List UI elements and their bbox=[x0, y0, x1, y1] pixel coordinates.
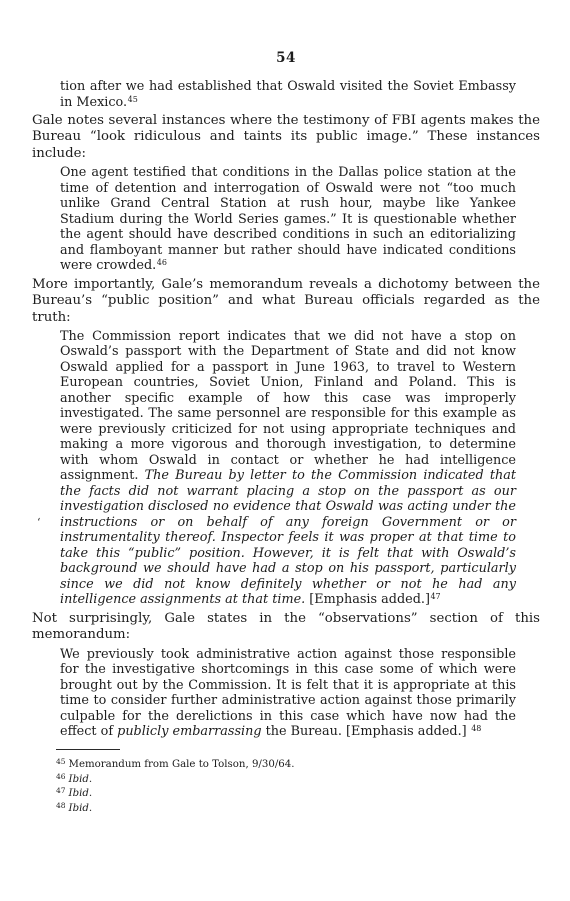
text-segment: the Bureau. [Emphasis added.] bbox=[262, 724, 471, 739]
print-artifact-mark: ‘ bbox=[37, 516, 41, 529]
paragraph: Gale notes several instances where the t… bbox=[32, 113, 540, 162]
text-segment: One agent testified that conditions in t… bbox=[60, 165, 516, 273]
block-quote-continuation: tion after we had established that Oswal… bbox=[60, 79, 516, 110]
paragraph: Not surprisingly, Gale states in the “ob… bbox=[32, 611, 540, 644]
footnote-text: Ibid. bbox=[69, 803, 93, 814]
footnote-reference: 45 bbox=[128, 95, 138, 104]
page-number: 54 bbox=[32, 50, 540, 66]
footnote-text: Memorandum from Gale to Tolson, 9/30/64. bbox=[69, 759, 295, 770]
text-segment: Gale notes several instances where the t… bbox=[32, 113, 540, 161]
footnote-number: 47 bbox=[56, 786, 66, 795]
footnote: 45Memorandum from Gale to Tolson, 9/30/6… bbox=[32, 756, 540, 771]
footnote-number: 46 bbox=[56, 772, 66, 781]
text-segment: The Bureau by letter to the Commission i… bbox=[60, 468, 516, 607]
block-quote: The Commission report indicates that we … bbox=[60, 329, 516, 608]
footnote-text: Ibid. bbox=[69, 788, 93, 799]
text-segment: Not surprisingly, Gale states in the “ob… bbox=[32, 611, 540, 642]
footnote-reference: 48 bbox=[471, 724, 481, 733]
footnote-text: Ibid. bbox=[69, 774, 93, 785]
footnote-reference: 46 bbox=[157, 258, 167, 267]
footnote: 47Ibid. bbox=[32, 785, 540, 800]
block-quote: One agent testified that conditions in t… bbox=[60, 165, 516, 274]
footnote: 46Ibid. bbox=[32, 771, 540, 786]
footnote-reference: 47 bbox=[430, 592, 440, 601]
block-quote: We previously took administrative action… bbox=[60, 647, 516, 740]
footnote-number: 48 bbox=[56, 801, 66, 810]
text-segment: The Commission report indicates that we … bbox=[60, 329, 516, 484]
text-segment: publicly embarrassing bbox=[117, 724, 261, 739]
document-page: 54 tion after we had established that Os… bbox=[0, 0, 570, 901]
text-segment: [Emphasis added.] bbox=[305, 592, 430, 607]
text-segment: More importantly, Gale’s memorandum reve… bbox=[32, 277, 540, 325]
footnote: 48Ibid. bbox=[32, 800, 540, 815]
footnote-divider bbox=[56, 749, 120, 750]
paragraph: More importantly, Gale’s memorandum reve… bbox=[32, 277, 540, 326]
footnote-number: 45 bbox=[56, 757, 66, 766]
footnotes-section: 45Memorandum from Gale to Tolson, 9/30/6… bbox=[32, 749, 540, 815]
